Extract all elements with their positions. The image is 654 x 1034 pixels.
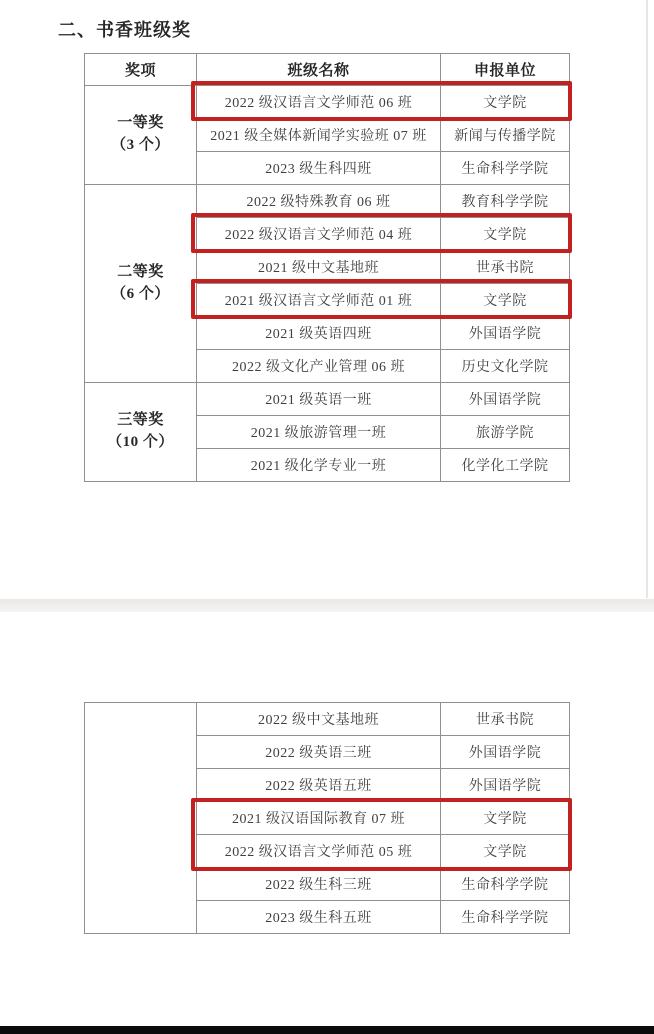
unit-cell: 文学院	[441, 86, 570, 119]
award-group-cell-second: 二等奖 （6 个）	[85, 185, 197, 383]
class-name-cell: 2022 级特殊教育 06 班	[197, 185, 441, 218]
class-name-cell: 2021 级中文基地班	[197, 251, 441, 284]
awards-table-page2: 2022 级中文基地班 世承书院 2022 级英语三班 外国语学院 2022 级…	[84, 702, 570, 934]
section-title: 二、书香班级奖	[58, 16, 191, 42]
class-name-cell: 2022 级中文基地班	[197, 703, 441, 736]
award-group-cell-first: 一等奖 （3 个）	[85, 86, 197, 185]
bottom-bar	[0, 1026, 654, 1034]
unit-cell: 历史文化学院	[441, 350, 570, 383]
unit-cell: 生命科学学院	[441, 152, 570, 185]
table-row: 2022 级中文基地班 世承书院	[85, 703, 570, 736]
award-count: （10 个）	[85, 432, 196, 454]
unit-cell: 文学院	[441, 802, 570, 835]
page-edge-line	[646, 0, 648, 598]
unit-cell: 世承书院	[441, 703, 570, 736]
class-name-cell: 2021 级旅游管理一班	[197, 416, 441, 449]
class-name-cell: 2021 级英语四班	[197, 317, 441, 350]
table-row: 三等奖 （10 个） 2021 级英语一班 外国语学院	[85, 383, 570, 416]
awards-table-page1: 奖项 班级名称 申报单位 一等奖 （3 个） 2022 级汉语言文学师范 06 …	[84, 53, 570, 482]
column-header-unit: 申报单位	[441, 54, 570, 86]
class-name-cell: 2021 级全媒体新闻学实验班 07 班	[197, 119, 441, 152]
unit-cell: 旅游学院	[441, 416, 570, 449]
class-name-cell: 2023 级生科四班	[197, 152, 441, 185]
awards-table-page2-wrap: 2022 级中文基地班 世承书院 2022 级英语三班 外国语学院 2022 级…	[84, 702, 569, 934]
class-name-cell: 2022 级英语五班	[197, 769, 441, 802]
class-name-cell: 2021 级汉语国际教育 07 班	[197, 802, 441, 835]
class-name-cell: 2022 级汉语言文学师范 04 班	[197, 218, 441, 251]
award-name: 二等奖	[85, 262, 196, 284]
unit-cell: 外国语学院	[441, 317, 570, 350]
award-name: 三等奖	[85, 410, 196, 432]
class-name-cell: 2022 级生科三班	[197, 868, 441, 901]
award-group-cell-third: 三等奖 （10 个）	[85, 383, 197, 482]
class-name-cell: 2022 级英语三班	[197, 736, 441, 769]
unit-cell: 化学化工学院	[441, 449, 570, 482]
column-header-award: 奖项	[85, 54, 197, 86]
unit-cell: 生命科学学院	[441, 901, 570, 934]
unit-cell: 世承书院	[441, 251, 570, 284]
header-row: 奖项 班级名称 申报单位	[85, 54, 570, 86]
unit-cell: 外国语学院	[441, 769, 570, 802]
award-count: （6 个）	[85, 284, 196, 306]
class-name-cell: 2021 级汉语言文学师范 01 班	[197, 284, 441, 317]
unit-cell: 文学院	[441, 835, 570, 868]
class-name-cell: 2022 级文化产业管理 06 班	[197, 350, 441, 383]
page-break-band	[0, 599, 654, 612]
unit-cell: 新闻与传播学院	[441, 119, 570, 152]
unit-cell: 外国语学院	[441, 736, 570, 769]
table-row: 一等奖 （3 个） 2022 级汉语言文学师范 06 班 文学院	[85, 86, 570, 119]
class-name-cell: 2021 级英语一班	[197, 383, 441, 416]
class-name-cell: 2022 级汉语言文学师范 06 班	[197, 86, 441, 119]
award-count: （3 个）	[85, 135, 196, 157]
unit-cell: 生命科学学院	[441, 868, 570, 901]
column-header-class-name: 班级名称	[197, 54, 441, 86]
class-name-cell: 2023 级生科五班	[197, 901, 441, 934]
unit-cell: 教育科学学院	[441, 185, 570, 218]
awards-table-page1-wrap: 奖项 班级名称 申报单位 一等奖 （3 个） 2022 级汉语言文学师范 06 …	[84, 53, 569, 482]
unit-cell: 外国语学院	[441, 383, 570, 416]
award-group-cell-empty	[85, 703, 197, 934]
unit-cell: 文学院	[441, 284, 570, 317]
class-name-cell: 2021 级化学专业一班	[197, 449, 441, 482]
unit-cell: 文学院	[441, 218, 570, 251]
award-name: 一等奖	[85, 113, 196, 135]
table-row: 二等奖 （6 个） 2022 级特殊教育 06 班 教育科学学院	[85, 185, 570, 218]
class-name-cell: 2022 级汉语言文学师范 05 班	[197, 835, 441, 868]
